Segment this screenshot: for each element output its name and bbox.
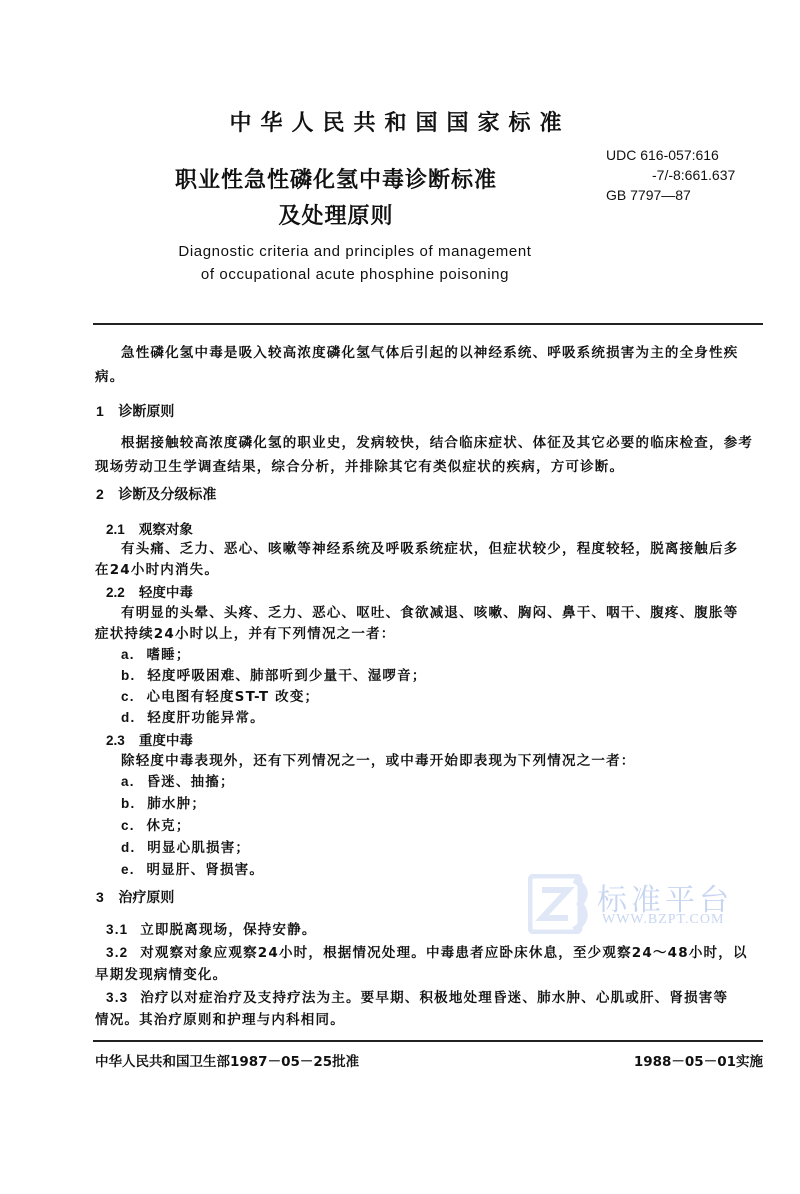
subsection-number: 2.2 [106,585,125,600]
subsection-2-3-line-1: 除轻度中毒表现外，还有下列情况之一，或中毒开始即表现为下列情况之一者： [121,750,636,772]
subsection-2-2-line-2: 症状持续24小时以上，并有下列情况之一者： [95,623,396,645]
section-3-heading: 3 治疗原则 [96,887,174,907]
subsection-3-3-line-1: 3.3 治疗以对症治疗及支持疗法为主。要早期、积极地处理昏迷、肺水肿、心肌或肝、… [106,987,728,1009]
section-title: 诊断原则 [118,404,174,420]
subsection-title: 重度中毒 [139,733,193,749]
intro-line-1: 急性磷化氢中毒是吸入较高浓度磷化氢气体后引起的以神经系统、呼吸系统损害为主的全身… [121,342,738,364]
list-marker: d. [121,710,135,725]
english-title-line-2: of occupational acute phosphine poisonin… [0,266,710,283]
subsection-text: 对观察对象应观察24小时，根据情况处理。中毒患者应卧床休息，至少观察24～48小… [140,945,747,961]
list-marker: a. [121,774,135,789]
approval-date: 中华人民共和国卫生部1987－05－25批准 [95,1050,359,1070]
list-text: 肺水肿； [147,796,206,812]
list-marker: c. [121,818,135,833]
list-item: c. 心电图有轻度ST-T 改变； [121,686,319,708]
list-text: 心电图有轻度ST-T 改变； [146,689,319,705]
list-item: b. 轻度呼吸困难、肺部听到少量干、湿啰音； [121,665,427,687]
section-1-line-2: 现场劳动卫生学调查结果，综合分析，并排除其它有类似症状的疾病，方可诊断。 [95,456,624,478]
section-number: 2 [96,486,104,502]
list-text: 轻度呼吸困难、肺部听到少量干、湿啰音； [147,668,426,684]
subsection-title: 观察对象 [139,522,193,538]
list-text: 休克； [146,818,190,834]
list-text: 明显心肌损害； [147,840,250,856]
list-marker: c. [121,689,135,704]
list-text: 昏迷、抽搐； [146,774,234,790]
header-divider [93,323,763,325]
subsection-number: 3.1 [106,922,128,937]
list-text: 明显肝、肾损害。 [146,862,264,878]
list-marker: b. [121,796,135,811]
subsection-2-1-heading: 2.1 观察对象 [106,518,193,538]
subsection-text: 立即脱离现场，保持安静。 [140,922,316,938]
list-item: d. 轻度肝功能异常。 [121,707,265,729]
subsection-2-2-line-1: 有明显的头晕、头疼、乏力、恶心、呕吐、食欲减退、咳嗽、胸闷、鼻干、咽干、腹疼、腹… [121,602,738,624]
list-item: a. 嗜睡； [121,644,191,666]
list-item: d. 明显心肌损害； [121,837,250,859]
subsection-title: 轻度中毒 [139,585,193,601]
document-title-line-1: 职业性急性磷化氢中毒诊断标准 [0,163,672,194]
list-text: 嗜睡； [146,647,190,663]
list-marker: d. [121,840,135,855]
subsection-2-3-heading: 2.3 重度中毒 [106,729,193,749]
effective-date: 1988－05－01实施 [634,1050,763,1070]
list-marker: a. [121,647,135,662]
section-title: 诊断及分级标准 [118,487,216,503]
section-2-heading: 2 诊断及分级标准 [96,484,216,504]
section-title: 治疗原则 [118,890,174,906]
section-1-heading: 1 诊断原则 [96,401,174,421]
subsection-number: 2.3 [106,733,125,748]
section-number: 1 [96,403,104,419]
subsection-2-1-line-1: 有头痛、乏力、恶心、咳嗽等神经系统及呼吸系统症状，但症状较少，程度较轻，脱离接触… [121,538,738,560]
list-item: c. 休克； [121,815,191,837]
list-text: 轻度肝功能异常。 [147,710,265,726]
national-standard-heading: 中华人民共和国国家标准 [0,106,800,137]
list-item: b. 肺水肿； [121,793,206,815]
subsection-2-1-line-2: 在24小时内消失。 [95,559,219,581]
section-1-line-1: 根据接触较高浓度磷化氢的职业史，发病较快，结合临床症状、体征及其它必要的临床检查… [121,432,753,454]
bzpt-logo-icon [528,874,592,938]
footer-divider [93,1040,763,1042]
subsection-3-2-line-1: 3.2 对观察对象应观察24小时，根据情况处理。中毒患者应卧床休息，至少观察24… [106,942,748,964]
subsection-3-3-line-2: 情况。其治疗原则和护理与内科相同。 [95,1009,345,1031]
section-number: 3 [96,889,104,905]
subsection-2-2-heading: 2.2 轻度中毒 [106,581,193,601]
udc-line-1: UDC 616-057:616 [606,145,735,165]
list-marker: b. [121,668,135,683]
subsection-number: 3.3 [106,990,128,1005]
subsection-number: 2.1 [106,522,125,537]
subsection-3-1: 3.1 立即脱离现场，保持安静。 [106,919,317,941]
subsection-text: 治疗以对症治疗及支持疗法为主。要早期、积极地处理昏迷、肺水肿、心肌或肝、肾损害等 [140,990,728,1006]
english-title-line-1: Diagnostic criteria and principles of ma… [0,243,710,260]
list-marker: e. [121,862,135,877]
subsection-3-2-line-2: 早期发现病情变化。 [95,964,227,986]
subsection-number: 3.2 [106,945,128,960]
list-item: a. 昏迷、抽搐； [121,771,235,793]
watermark-url: WWW.BZPT.COM [602,912,724,928]
intro-line-2: 病。 [95,366,124,388]
list-item: e. 明显肝、肾损害。 [121,859,264,881]
document-title-line-2: 及处理原则 [0,199,672,230]
